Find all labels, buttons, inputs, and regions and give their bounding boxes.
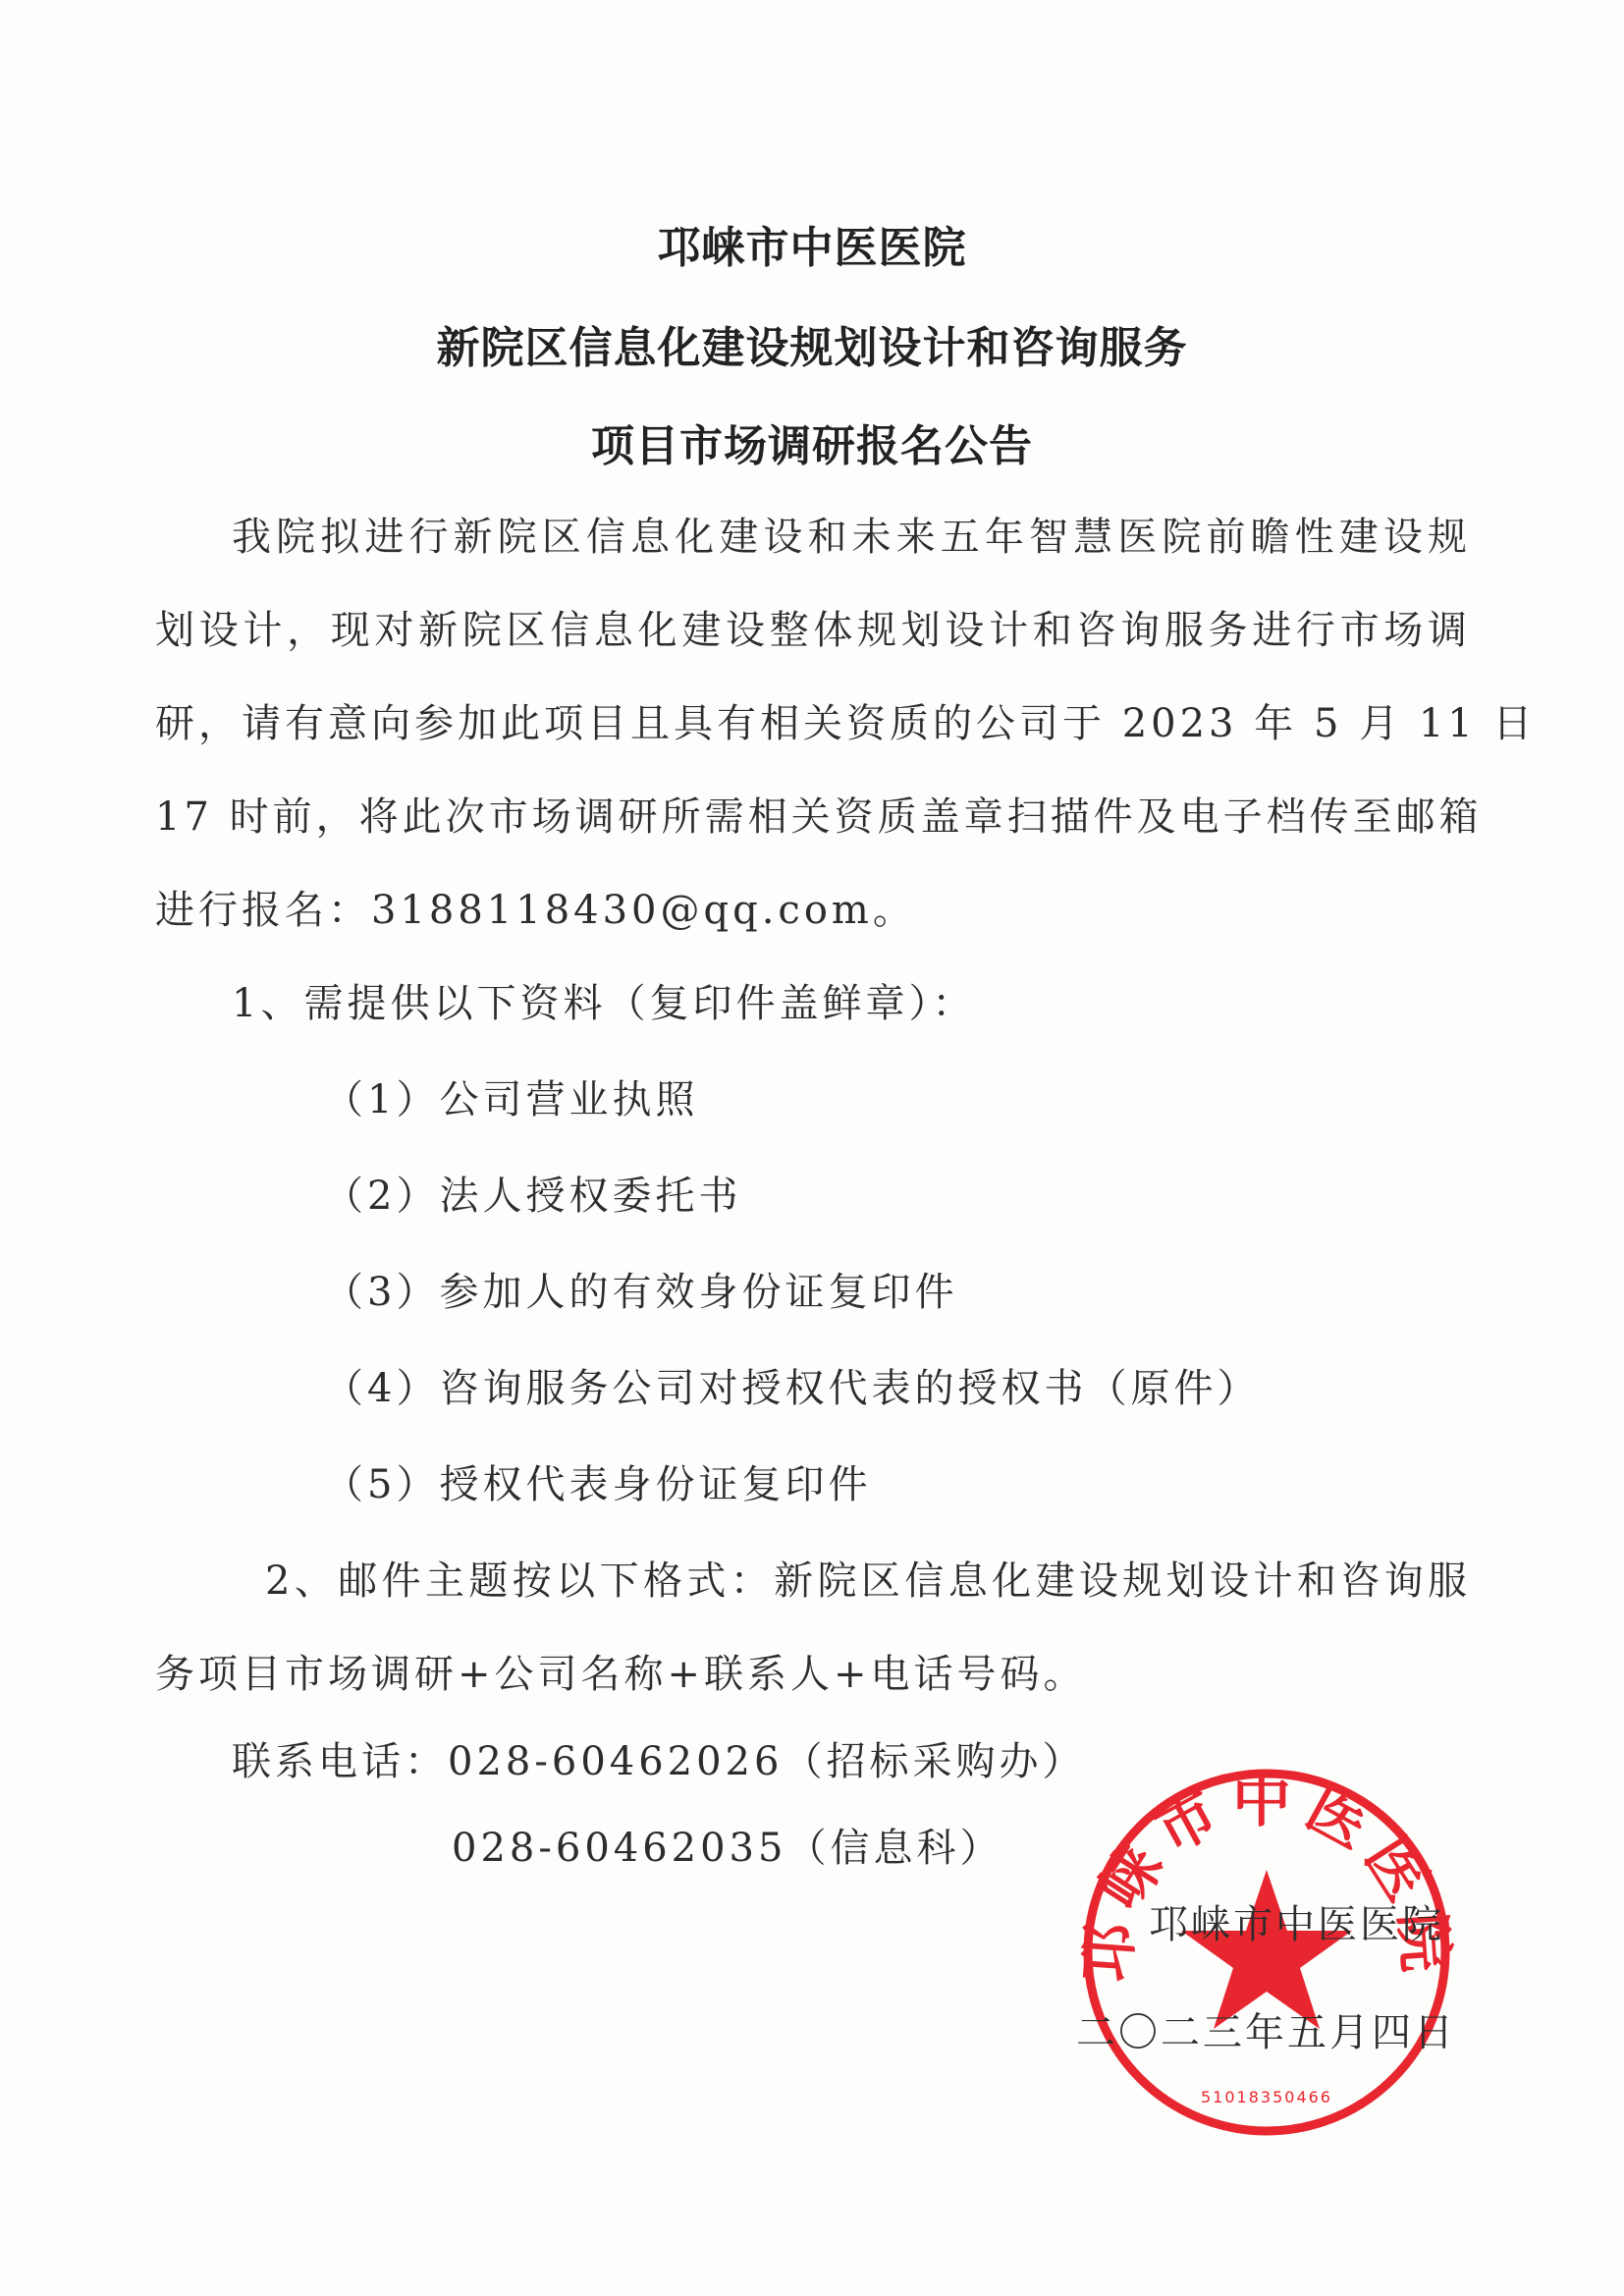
requirement-item: （4）咨询服务公司对授权代表的授权书（原件） (324, 1357, 1260, 1413)
intro-line-4: 17 时前，将此次市场调研所需相关资质盖章扫描件及电子档传至邮箱 (155, 786, 1471, 842)
requirement-item: （5）授权代表身份证复印件 (324, 1453, 871, 1509)
svg-text:51018350466: 51018350466 (1201, 2088, 1332, 2106)
email-format-line-2: 务项目市场调研+公司名称+联系人+电话号码。 (155, 1643, 1087, 1699)
intro-line-2: 划设计，现对新院区信息化建设整体规划设计和咨询服务进行市场调 (155, 599, 1471, 655)
intro-line-3: 研，请有意向参加此项目且具有相关资质的公司于 2023 年 5 月 11 日 (155, 692, 1471, 748)
contact-phone-1: 联系电话：028-60462026（招标采购办） (232, 1730, 1085, 1786)
title-hospital: 邛崃市中医医院 (0, 212, 1624, 275)
document-page: 邛崃市中医医院 新院区信息化建设规划设计和咨询服务 项目市场调研报名公告 我院拟… (0, 0, 1624, 2296)
requirement-item: （3）参加人的有效身份证复印件 (324, 1261, 957, 1317)
phone-procurement: 028-60462026（招标采购办） (448, 1739, 1085, 1784)
contact-phone-2: 028-60462035（信息科） (452, 1817, 1002, 1873)
title-project: 新院区信息化建设规划设计和咨询服务 (0, 312, 1624, 375)
email-format-line-1: 2、邮件主题按以下格式：新院区信息化建设规划设计和咨询服 (265, 1550, 1471, 1606)
signature-organization: 邛崃市中医医院 (1149, 1893, 1444, 1949)
requirement-item: （1）公司营业执照 (324, 1068, 698, 1124)
title-notice: 项目市场调研报名公告 (0, 410, 1624, 473)
contact-label: 联系电话： (232, 1739, 448, 1784)
official-seal-icon: 邛崃市中医医院 51018350466 (1078, 1764, 1455, 2141)
requirement-item: （2）法人授权委托书 (324, 1165, 741, 1221)
intro-line-5-email: 进行报名：3188118430@qq.com。 (155, 879, 1471, 935)
requirements-heading: 1、需提供以下资料（复印件盖鲜章）： (232, 972, 975, 1028)
signature-date: 二〇二三年五月四日 (1076, 2001, 1456, 2057)
intro-line-1: 我院拟进行新院区信息化建设和未来五年智慧医院前瞻性建设规 (232, 506, 1471, 562)
